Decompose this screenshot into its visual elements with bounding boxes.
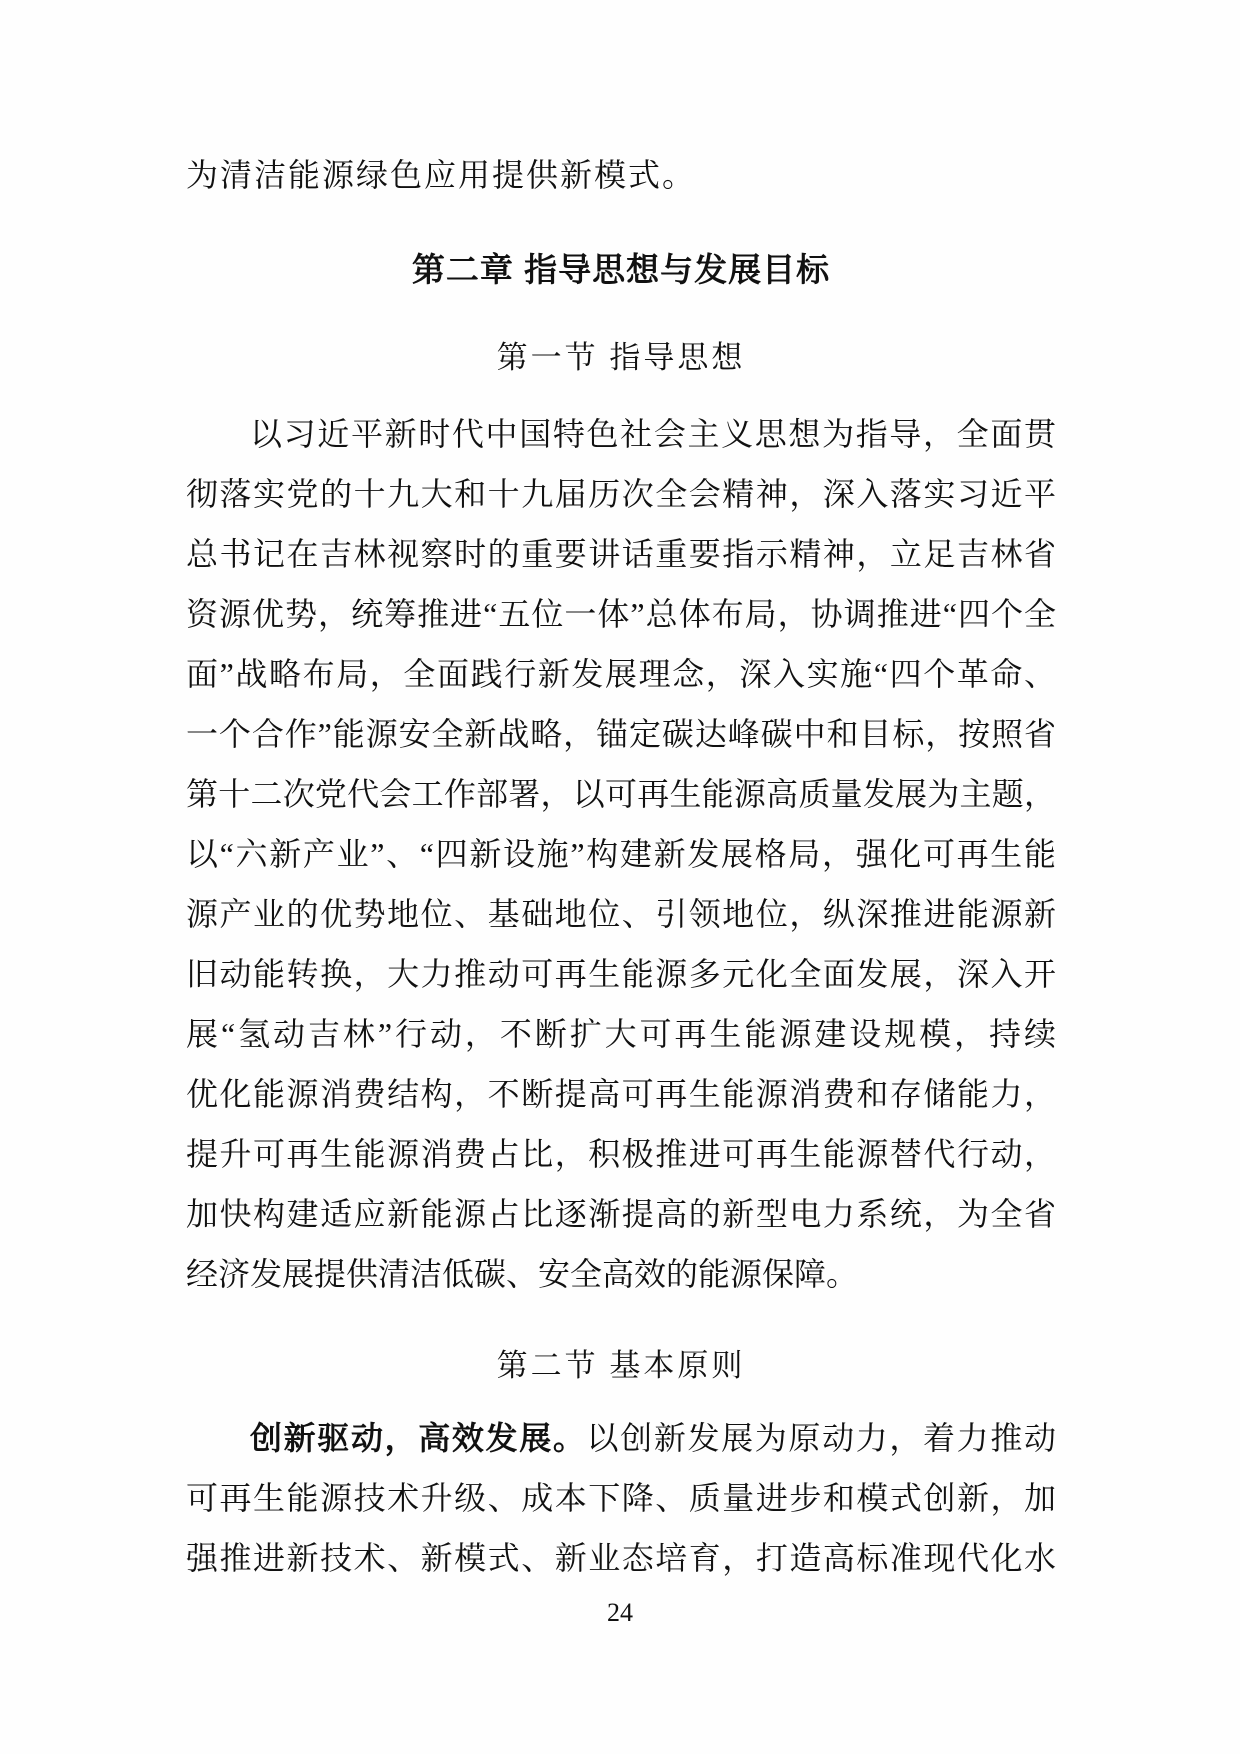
text-line: 第十二次党代会工作部署，以可再生能源高质量发展为主题，	[186, 764, 1056, 824]
text-line: 加快构建适应新能源占比逐渐提高的新型电力系统，为全省	[186, 1184, 1056, 1244]
paragraph-continuation-line: 为清洁能源绿色应用提供新模式。	[186, 156, 1056, 194]
section-heading-2: 第二节 基本原则	[186, 1346, 1056, 1386]
text-line: 创新驱动，高效发展。以创新发展为原动力，着力推动	[186, 1408, 1056, 1468]
section-heading-1: 第一节 指导思想	[186, 338, 1056, 378]
text-line: 提升可再生能源消费占比，积极推进可再生能源替代行动，	[186, 1124, 1056, 1184]
text-line: 以习近平新时代中国特色社会主义思想为指导，全面贯	[186, 404, 1056, 464]
text-line-rest: 以创新发展为原动力，着力推动	[587, 1420, 1056, 1456]
text-line: 总书记在吉林视察时的重要讲话重要指示精神，立足吉林省	[186, 524, 1056, 584]
text-line: 经济发展提供清洁低碳、安全高效的能源保障。	[186, 1244, 1056, 1304]
document-content: 为清洁能源绿色应用提供新模式。 第二章 指导思想与发展目标 第一节 指导思想 以…	[186, 0, 1056, 1588]
text-line: 可再生能源技术升级、成本下降、质量进步和模式创新，加	[186, 1468, 1056, 1528]
bold-lead-phrase: 创新驱动，高效发展。	[250, 1420, 587, 1456]
text-line: 面”战略布局，全面践行新发展理念，深入实施“四个革命、	[186, 644, 1056, 704]
text-line: 旧动能转换，大力推动可再生能源多元化全面发展，深入开	[186, 944, 1056, 1004]
text-line: 强推进新技术、新模式、新业态培育，打造高标准现代化水	[186, 1528, 1056, 1588]
paragraph-basic-principles: 创新驱动，高效发展。以创新发展为原动力，着力推动 可再生能源技术升级、成本下降、…	[186, 1408, 1056, 1588]
chapter-heading: 第二章 指导思想与发展目标	[186, 248, 1056, 292]
text-line: 源产业的优势地位、基础地位、引领地位，纵深推进能源新	[186, 884, 1056, 944]
text-line: 展“氢动吉林”行动，不断扩大可再生能源建设规模，持续	[186, 1004, 1056, 1064]
paragraph-guiding-ideology: 以习近平新时代中国特色社会主义思想为指导，全面贯 彻落实党的十九大和十九届历次全…	[186, 404, 1056, 1304]
text-line: 以“六新产业”、“四新设施”构建新发展格局，强化可再生能	[186, 824, 1056, 884]
text-line: 彻落实党的十九大和十九届历次全会精神，深入落实习近平	[186, 464, 1056, 524]
text-line: 资源优势，统筹推进“五位一体”总体布局，协调推进“四个全	[186, 584, 1056, 644]
text-line: 优化能源消费结构，不断提高可再生能源消费和存储能力，	[186, 1064, 1056, 1124]
document-page: 为清洁能源绿色应用提供新模式。 第二章 指导思想与发展目标 第一节 指导思想 以…	[0, 0, 1240, 1754]
text-line: 一个合作”能源安全新战略，锚定碳达峰碳中和目标，按照省	[186, 704, 1056, 764]
page-number: 24	[0, 1598, 1240, 1628]
